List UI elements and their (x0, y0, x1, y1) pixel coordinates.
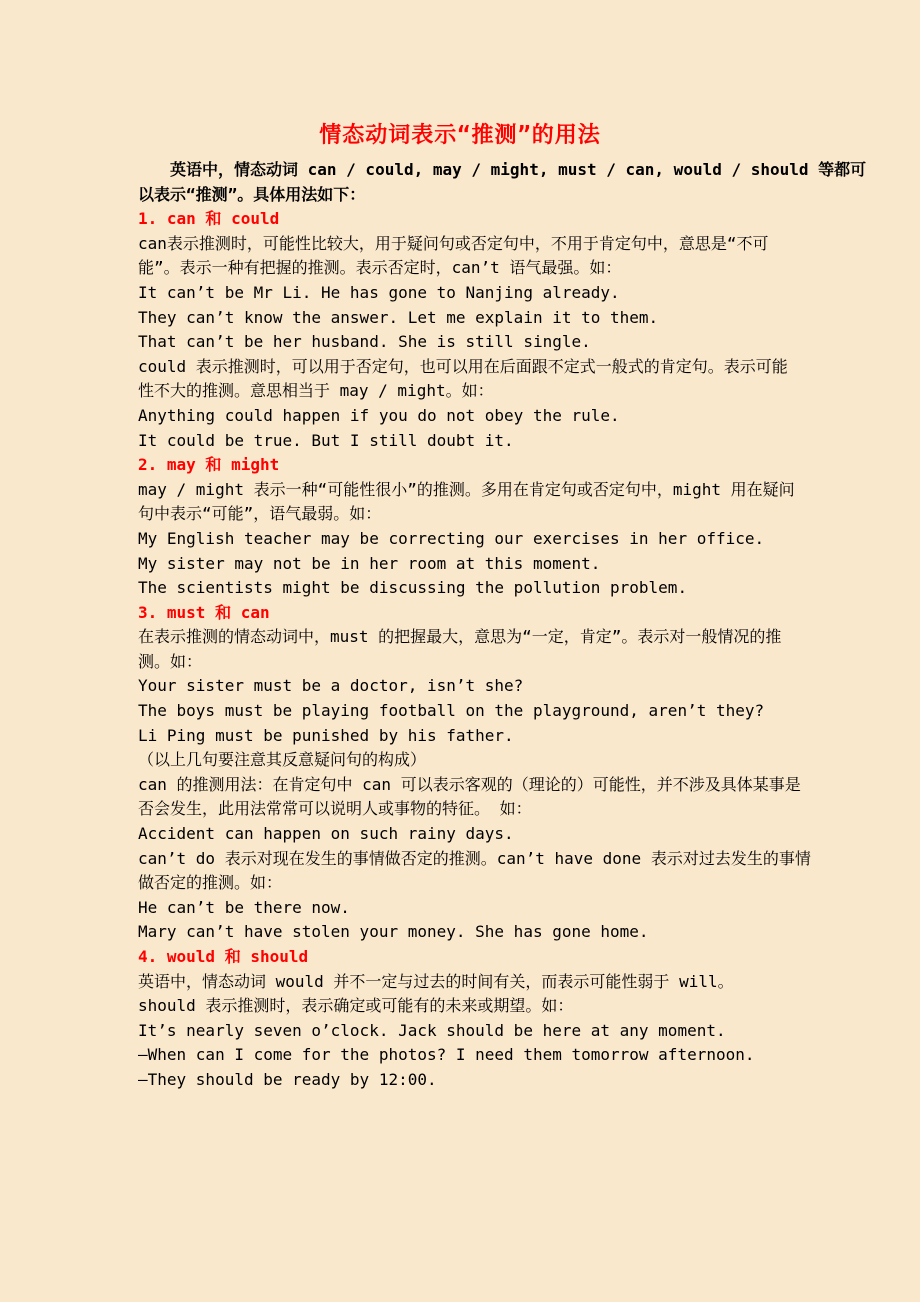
doc-line: 性不大的推测。意思相当于 may / might。如： (138, 379, 798, 404)
doc-line: could 表示推测时，可以用于否定句，也可以用在后面跟不定式一般式的肯定句。表… (138, 355, 798, 380)
doc-line: Your sister must be a doctor, isn’t she? (138, 674, 798, 699)
doc-line: Anything could happen if you do not obey… (138, 404, 798, 429)
doc-line: 否会发生，此用法常常可以说明人或事物的特征。 如： (138, 797, 798, 822)
doc-line: can表示推测时，可能性比较大，用于疑问句或否定句中，不用于肯定句中，意思是“不… (138, 232, 798, 257)
section-heading: 3. must 和 can (138, 601, 798, 626)
document-page: { "page": { "background_color": "#fae8cd… (0, 0, 920, 1302)
doc-line: It’s nearly seven o’clock. Jack should b… (138, 1019, 798, 1044)
page-title: 情态动词表示“推测”的用法 (0, 118, 920, 149)
doc-line: Li Ping must be punished by his father. (138, 724, 798, 749)
doc-line: 句中表示“可能”，语气最弱。如： (138, 502, 798, 527)
intro-line: 英语中，情态动词 can / could, may / might, must … (138, 158, 798, 183)
intro-line: 以表示“推测”。具体用法如下： (138, 183, 798, 208)
section-heading: 1. can 和 could (138, 207, 798, 232)
doc-line: —When can I come for the photos? I need … (138, 1043, 798, 1068)
doc-line: It could be true. But I still doubt it. (138, 429, 798, 454)
section-heading: 4. would 和 should (138, 945, 798, 970)
doc-line: （以上几句要注意其反意疑问句的构成） (138, 748, 798, 773)
doc-line: —They should be ready by 12:00. (138, 1068, 798, 1093)
doc-line: 英语中，情态动词 would 并不一定与过去的时间有关，而表示可能性弱于 wil… (138, 970, 798, 995)
doc-line: My sister may not be in her room at this… (138, 552, 798, 577)
doc-line: 能”。表示一种有把握的推测。表示否定时，can’t 语气最强。如： (138, 256, 798, 281)
doc-line: It can’t be Mr Li. He has gone to Nanjin… (138, 281, 798, 306)
doc-line: The boys must be playing football on the… (138, 699, 798, 724)
document-canvas: 情态动词表示“推测”的用法 英语中，情态动词 can / could, may … (0, 0, 920, 1302)
doc-line: 做否定的推测。如： (138, 871, 798, 896)
doc-line: The scientists might be discussing the p… (138, 576, 798, 601)
document-body: 英语中，情态动词 can / could, may / might, must … (138, 158, 798, 1093)
doc-line: 测。如： (138, 650, 798, 675)
doc-line: can’t do 表示对现在发生的事情做否定的推测。can’t have don… (138, 847, 798, 872)
section-heading: 2. may 和 might (138, 453, 798, 478)
doc-line: can 的推测用法：在肯定句中 can 可以表示客观的（理论的）可能性，并不涉及… (138, 773, 798, 798)
doc-line: They can’t know the answer. Let me expla… (138, 306, 798, 331)
doc-line: Accident can happen on such rainy days. (138, 822, 798, 847)
doc-line: That can’t be her husband. She is still … (138, 330, 798, 355)
doc-line: should 表示推测时，表示确定或可能有的未来或期望。如： (138, 994, 798, 1019)
doc-line: He can’t be there now. (138, 896, 798, 921)
doc-line: My English teacher may be correcting our… (138, 527, 798, 552)
doc-line: 在表示推测的情态动词中，must 的把握最大，意思为“一定，肯定”。表示对一般情… (138, 625, 798, 650)
doc-line: Mary can’t have stolen your money. She h… (138, 920, 798, 945)
doc-line: may / might 表示一种“可能性很小”的推测。多用在肯定句或否定句中，m… (138, 478, 798, 503)
